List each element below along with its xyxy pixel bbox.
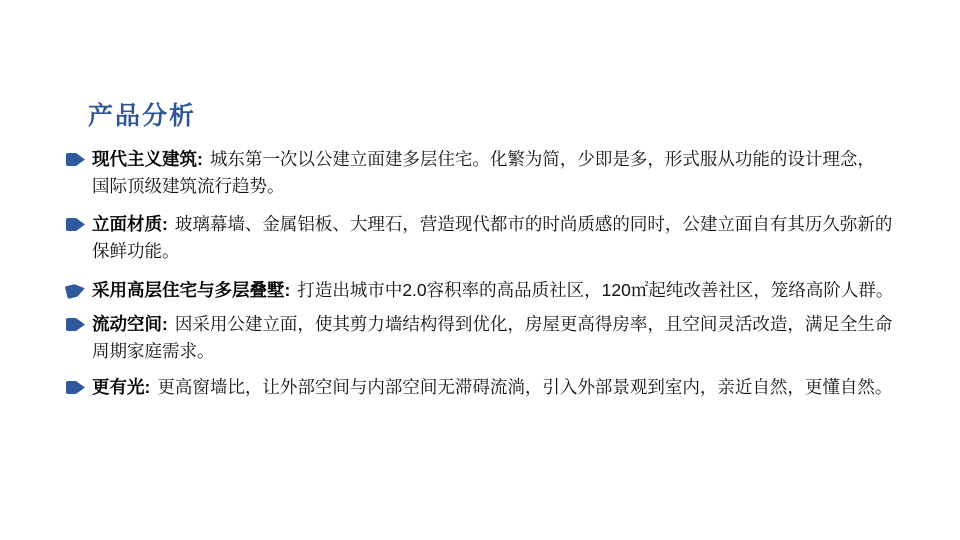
bullet-item: 更有光:更高窗墙比，让外部空间与内部空间无滞碍流淌，引入外部景观到室内，亲近自然… xyxy=(66,374,910,401)
page-title: 产品分析 xyxy=(88,96,196,132)
slide: 产品分析 现代主义建筑:城东第一次以公建立面建多层住宅。化繁为简，少即是多，形式… xyxy=(0,0,960,540)
bullet-line: 玻璃幕墙、金属铝板、大理石，营造现代都市的时尚质感的同时，公建立面自有其历久弥新… xyxy=(175,214,893,234)
bullet-line: 周期家庭需求。 xyxy=(92,338,910,365)
arrow-bullet-icon xyxy=(66,311,92,331)
bullet-line: 城东第一次以公建立面建多层住宅。化繁为简，少即是多，形式服从功能的设计理念， xyxy=(210,149,875,169)
bullet-line: 因采用公建立面，使其剪力墙结构得到优化，房屋更高得房率，且空间灵活改造，满足全生… xyxy=(175,314,893,334)
bullet-item: 现代主义建筑:城东第一次以公建立面建多层住宅。化繁为简，少即是多，形式服从功能的… xyxy=(66,146,910,200)
arrow-bullet-icon xyxy=(66,146,92,166)
bullet-line: 国际顶级建筑流行趋势。 xyxy=(92,173,910,200)
bullet-text: 现代主义建筑:城东第一次以公建立面建多层住宅。化繁为简，少即是多，形式服从功能的… xyxy=(92,146,910,200)
bullet-line: 保鲜功能。 xyxy=(92,238,910,265)
bullet-item: 流动空间:因采用公建立面，使其剪力墙结构得到优化，房屋更高得房率，且空间灵活改造… xyxy=(66,311,910,365)
bullet-line: 更高窗墙比，让外部空间与内部空间无滞碍流淌，引入外部景观到室内，亲近自然，更懂自… xyxy=(157,377,892,397)
bullet-lead: 更有光: xyxy=(92,377,150,397)
bullet-lead: 采用高层住宅与多层叠墅: xyxy=(92,280,290,300)
bullet-lead: 流动空间: xyxy=(92,314,168,334)
bullet-text: 更有光:更高窗墙比，让外部空间与内部空间无滞碍流淌，引入外部景观到室内，亲近自然… xyxy=(92,374,910,401)
bullet-lead: 立面材质: xyxy=(92,214,168,234)
bullet-lead: 现代主义建筑: xyxy=(92,149,203,169)
bullet-list: 现代主义建筑:城东第一次以公建立面建多层住宅。化繁为简，少即是多，形式服从功能的… xyxy=(66,146,910,401)
arrow-bullet-icon xyxy=(66,277,92,297)
bullet-text: 立面材质:玻璃幕墙、金属铝板、大理石，营造现代都市的时尚质感的同时，公建立面自有… xyxy=(92,211,910,265)
bullet-line: 打造出城市中2.0容积率的高品质社区，120㎡起纯改善社区，笼络高阶人群。 xyxy=(297,280,893,300)
bullet-item: 采用高层住宅与多层叠墅:打造出城市中2.0容积率的高品质社区，120㎡起纯改善社… xyxy=(66,277,910,304)
arrow-bullet-icon xyxy=(66,211,92,231)
bullet-text: 流动空间:因采用公建立面，使其剪力墙结构得到优化，房屋更高得房率，且空间灵活改造… xyxy=(92,311,910,365)
bullet-text: 采用高层住宅与多层叠墅:打造出城市中2.0容积率的高品质社区，120㎡起纯改善社… xyxy=(92,277,910,304)
bullet-item: 立面材质:玻璃幕墙、金属铝板、大理石，营造现代都市的时尚质感的同时，公建立面自有… xyxy=(66,211,910,265)
arrow-bullet-icon xyxy=(66,374,92,394)
